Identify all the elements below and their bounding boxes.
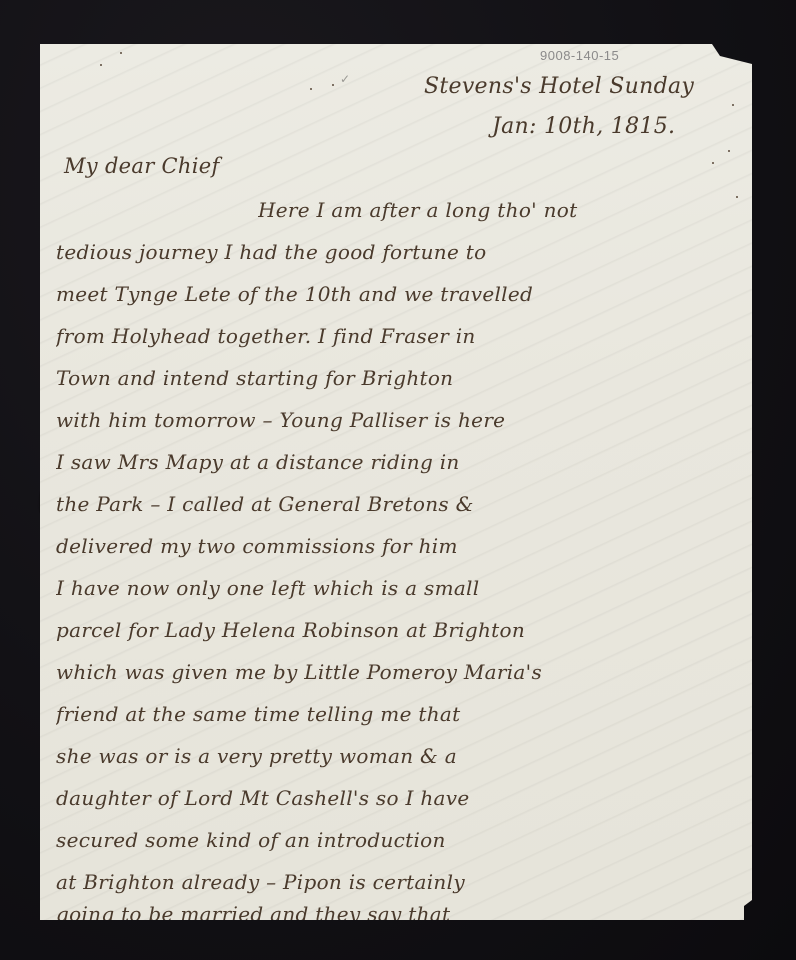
- letter-place-heading: Stevens's Hotel Sunday: [424, 74, 694, 99]
- letter-line: parcel for Lady Helena Robinson at Brigh…: [56, 618, 736, 642]
- letter-line: which was given me by Little Pomeroy Mar…: [56, 660, 736, 684]
- letter-line: at Brighton already – Pipon is certainly: [56, 870, 736, 894]
- letter-line: daughter of Lord Mt Cashell's so I have: [56, 786, 736, 810]
- ink-speck: [728, 150, 730, 152]
- letter-line: the Park – I called at General Bretons &: [56, 492, 736, 516]
- letter-line: delivered my two commissions for him: [56, 534, 736, 558]
- letter-line: tedious journey I had the good fortune t…: [56, 240, 736, 264]
- ink-speck: [332, 84, 334, 86]
- ink-speck: [712, 162, 714, 164]
- letter-line: Town and intend starting for Brighton: [56, 366, 736, 390]
- letter-line: from Holyhead together. I find Fraser in: [56, 324, 736, 348]
- letter-line: with him tomorrow – Young Palliser is he…: [56, 408, 736, 432]
- ink-speck: [120, 52, 122, 54]
- letter-line: secured some kind of an introduction: [56, 828, 736, 852]
- letter-line: I saw Mrs Mapy at a distance riding in: [56, 450, 736, 474]
- ink-speck: [310, 88, 312, 90]
- letter-line: friend at the same time telling me that: [56, 702, 736, 726]
- ink-speck: [100, 64, 102, 66]
- accession-number: 9008-140-15: [540, 48, 619, 63]
- letter-date: Jan: 10th, 1815.: [492, 114, 675, 139]
- letter-page: ✓ 9008-140-15 Stevens's Hotel Sunday Jan…: [40, 44, 752, 920]
- letter-line: she was or is a very pretty woman & a: [56, 744, 736, 768]
- letter-line: Here I am after a long tho' not: [258, 198, 752, 222]
- letter-line: I have now only one left which is a smal…: [56, 576, 736, 600]
- letter-line: meet Tynge Lete of the 10th and we trave…: [56, 282, 736, 306]
- letter-line: going to be married and they say that: [56, 902, 736, 920]
- ink-speck: [732, 104, 734, 106]
- pencil-tick-mark: ✓: [340, 72, 350, 86]
- letter-salutation: My dear Chief: [64, 154, 220, 178]
